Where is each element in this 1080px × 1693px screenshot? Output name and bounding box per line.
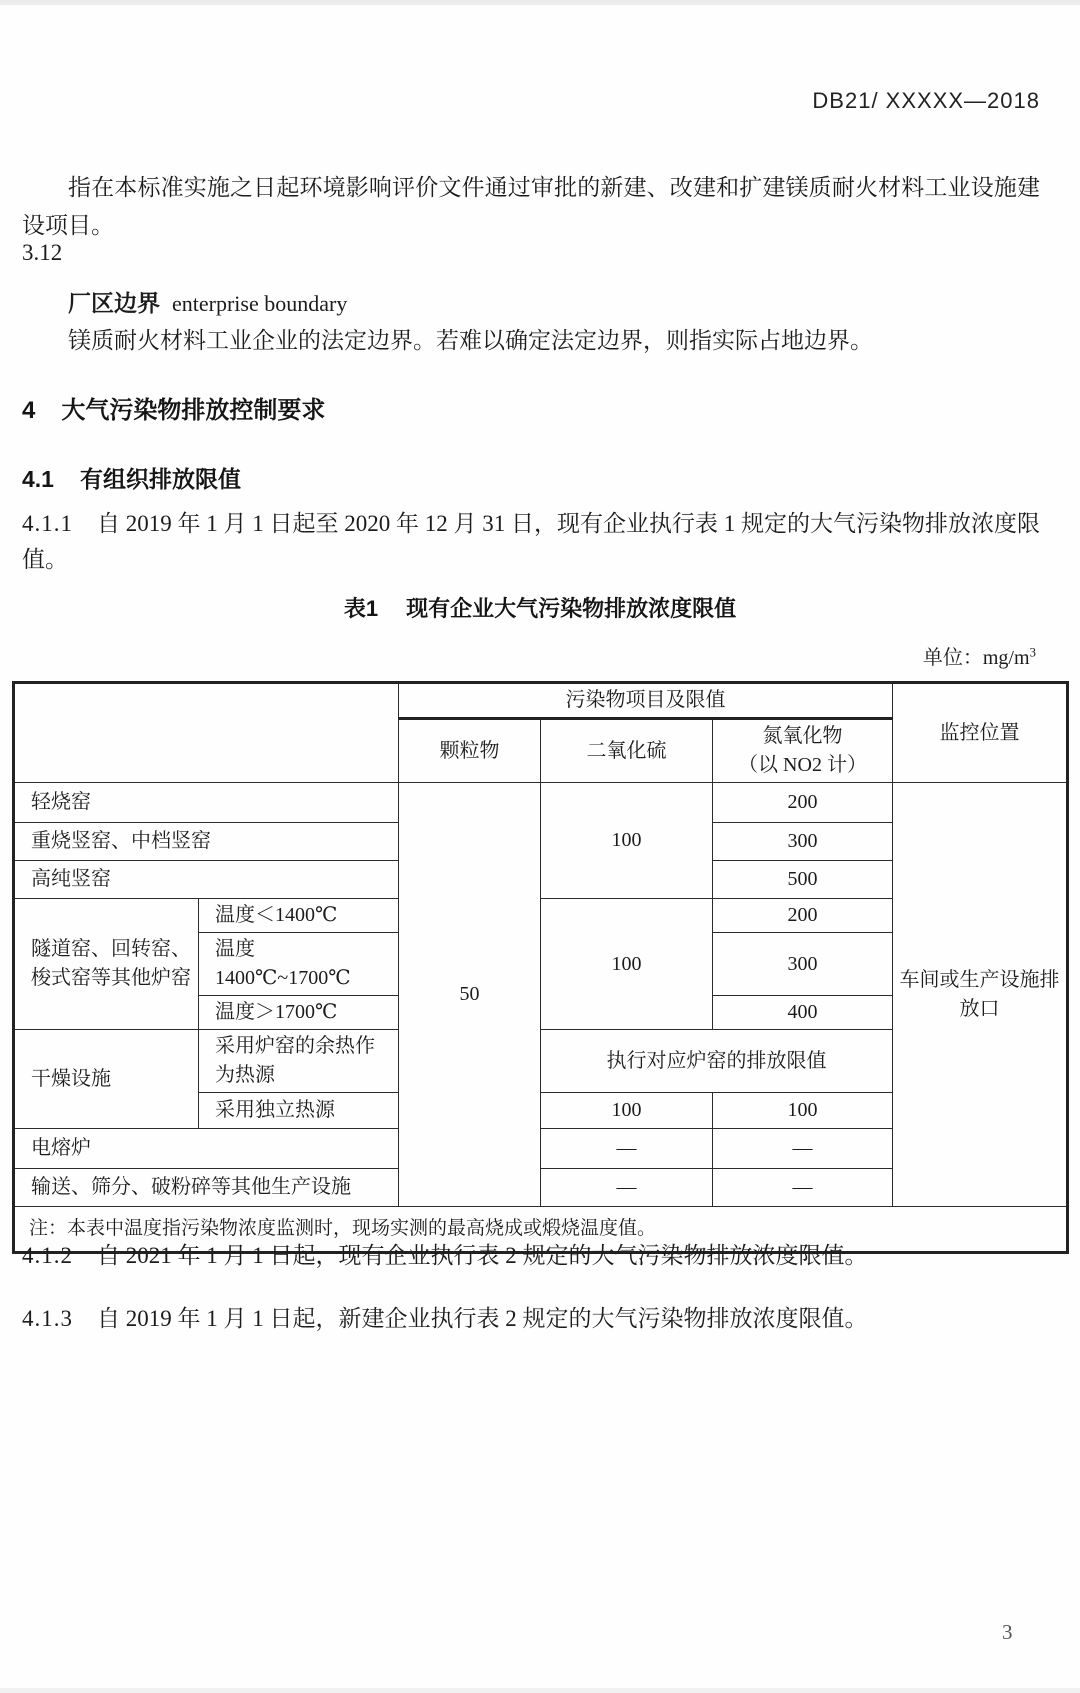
term-name-en: enterprise boundary xyxy=(172,291,347,316)
page-bottom-edge xyxy=(0,1688,1080,1693)
table1-unit-label: 单位：mg/m3 xyxy=(923,641,1036,670)
table-row: 轻烧窑 50 100 200 车间或生产设施排放口 xyxy=(14,783,1068,823)
nox-value-cell: — xyxy=(713,1169,893,1207)
doc-header: DB21/ XXXXX—2018 xyxy=(0,88,1040,114)
section-4-1-number: 4.1 xyxy=(22,466,54,492)
table1-caption: 表1现有企业大气污染物排放浓度限值 xyxy=(0,592,1080,623)
table1-header-nox: 氮氧化物 （以 NO2 计） xyxy=(713,719,893,783)
section-4-1-title: 有组织排放限值 xyxy=(80,466,241,492)
nox-value-cell: 300 xyxy=(713,823,893,861)
clause-4-1-2: 4.1.2自 2021 年 1 月 1 日起，现有企业执行表 2 规定的大气污染… xyxy=(22,1238,1040,1274)
location-value-cell: 车间或生产设施排放口 xyxy=(893,783,1068,1207)
nox-value-cell: — xyxy=(713,1129,893,1169)
nox-value-cell: 100 xyxy=(713,1093,893,1129)
chapter-4-number: 4 xyxy=(22,397,35,424)
row-label-conveying-screening-crushing: 输送、筛分、破粉碎等其他生产设施 xyxy=(14,1169,399,1207)
table1-header-location: 监控位置 xyxy=(893,683,1068,783)
clause-4-1-1: 4.1.1自 2019 年 1 月 1 日起至 2020 年 12 月 31 日… xyxy=(22,506,1040,578)
clause-4-1-1-number: 4.1.1 xyxy=(22,511,73,536)
clause-4-1-3-text: 自 2019 年 1 月 1 日起，新建企业执行表 2 规定的大气污染物排放浓度… xyxy=(97,1306,868,1331)
merged-limit-cell: 执行对应炉窑的排放限值 xyxy=(541,1030,893,1093)
row-label-electric-furnace: 电熔炉 xyxy=(14,1129,399,1169)
condition-independent-heat-source: 采用独立热源 xyxy=(199,1093,399,1129)
row-group-drying-facility: 干燥设施 xyxy=(14,1030,199,1129)
page-number: 3 xyxy=(1002,1620,1013,1645)
doc-code: DB21/ XXXXX—2018 xyxy=(812,88,1040,113)
table1-header-so2: 二氧化硫 xyxy=(541,719,713,783)
emission-limits-table: 污染物项目及限值 监控位置 颗粒物 二氧化硫 氮氧化物 （以 NO2 计） 轻烧… xyxy=(12,681,1069,1254)
unit-exponent: 3 xyxy=(1030,644,1037,659)
term-heading: 厂区边界enterprise boundary xyxy=(22,285,1040,318)
nox-header-line1: 氮氧化物 xyxy=(719,722,886,751)
condition-temp-above-1700: 温度＞1700℃ xyxy=(199,996,399,1030)
row-label-high-purity-shaft-kiln: 高纯竖窑 xyxy=(14,861,399,899)
pm-value-cell: 50 xyxy=(399,783,541,1207)
nox-header-line2: （以 NO2 计） xyxy=(719,751,886,780)
row-group-tunnel-rotary-kilns: 隧道窑、回转窑、梭式窑等其他炉窑 xyxy=(14,899,199,1030)
term-name-cn: 厂区边界 xyxy=(68,290,160,316)
so2-value-cell: — xyxy=(541,1169,713,1207)
table1-header-pm: 颗粒物 xyxy=(399,719,541,783)
page-top-edge xyxy=(0,0,1080,5)
row-label-light-burned-kiln: 轻烧窑 xyxy=(14,783,399,823)
nox-value-cell: 400 xyxy=(713,996,893,1030)
clause-4-1-1-text: 自 2019 年 1 月 1 日起至 2020 年 12 月 31 日，现有企业… xyxy=(22,511,1040,572)
row-label-dead-burned-shaft-kiln: 重烧竖窑、中档竖窑 xyxy=(14,823,399,861)
section-4-1-heading: 4.1有组织排放限值 xyxy=(22,461,1040,494)
clause-4-1-2-text: 自 2021 年 1 月 1 日起，现有企业执行表 2 规定的大气污染物排放浓度… xyxy=(97,1243,868,1268)
nox-value-cell: 200 xyxy=(713,899,893,933)
chapter-4-title: 大气污染物排放控制要求 xyxy=(61,397,325,424)
so2-value-cell: 100 xyxy=(541,783,713,899)
condition-temp-below-1400: 温度＜1400℃ xyxy=(199,899,399,933)
table1-header-pollutants-group: 污染物项目及限值 xyxy=(399,683,893,719)
unit-text: 单位：mg/m xyxy=(923,647,1030,669)
nox-value-cell: 500 xyxy=(713,861,893,899)
table1-caption-number: 表1 xyxy=(344,596,378,621)
table1-caption-title: 现有企业大气污染物排放浓度限值 xyxy=(406,596,736,621)
nox-value-cell: 300 xyxy=(713,933,893,996)
term-definition: 镁质耐火材料工业企业的法定边界。若难以确定法定边界，则指实际占地边界。 xyxy=(22,322,1040,360)
clause-4-1-2-number: 4.1.2 xyxy=(22,1243,73,1268)
so2-value-cell: 100 xyxy=(541,899,713,1030)
chapter-4-heading: 4大气污染物排放控制要求 xyxy=(22,390,1040,425)
table1-corner-cell xyxy=(14,683,399,783)
so2-value-cell: 100 xyxy=(541,1093,713,1129)
clause-4-1-3-number: 4.1.3 xyxy=(22,1306,73,1331)
condition-temp-1400-1700: 温度 1400℃~1700℃ xyxy=(199,933,399,996)
nox-value-cell: 200 xyxy=(713,783,893,823)
term-section-number: 3.12 xyxy=(22,234,1040,272)
so2-value-cell: — xyxy=(541,1129,713,1169)
document-page: DB21/ XXXXX—2018 指在本标准实施之日起环境影响评价文件通过审批的… xyxy=(0,0,1080,1693)
condition-waste-heat-source: 采用炉窑的余热作为热源 xyxy=(199,1030,399,1093)
clause-4-1-3: 4.1.3自 2019 年 1 月 1 日起，新建企业执行表 2 规定的大气污染… xyxy=(22,1301,1040,1337)
